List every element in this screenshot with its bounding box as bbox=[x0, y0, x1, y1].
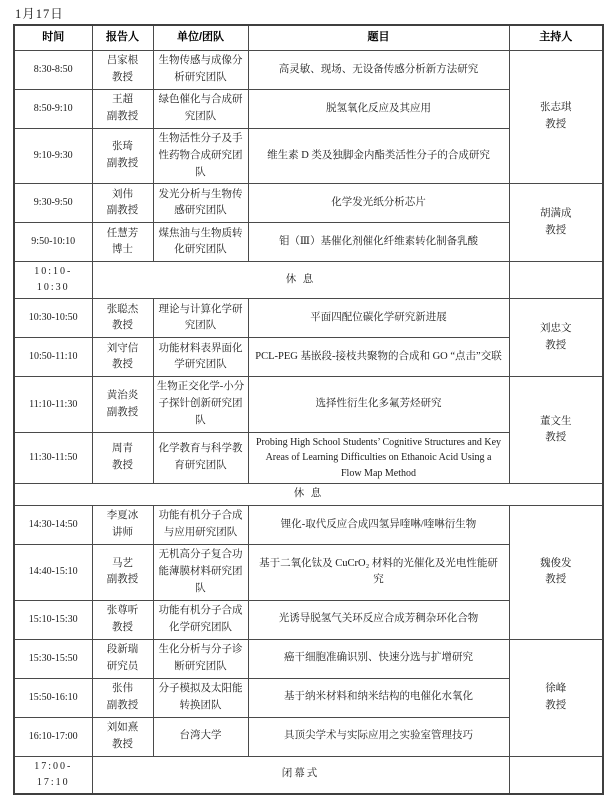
date-label: 1月17日 bbox=[15, 4, 64, 22]
header-cell: 题目 bbox=[248, 25, 509, 51]
break-cell: 休 息 bbox=[92, 262, 509, 299]
header-row: 时间报告人单位/团队题目主持人 bbox=[14, 25, 603, 51]
talk-title-cell: 基于纳米材料和纳米结构的电催化水氧化 bbox=[248, 678, 509, 717]
host-cell-empty bbox=[509, 262, 603, 299]
time-cell: 14:30-14:50 bbox=[14, 506, 92, 545]
time-cell: 8:50-9:10 bbox=[14, 90, 92, 129]
speaker-cell: 段新瑞研究员 bbox=[92, 639, 153, 678]
speaker-name: 王超 bbox=[96, 92, 150, 109]
break-row: 17:00-17:10闭幕式 bbox=[14, 756, 603, 794]
time-cell: 16:10-17:00 bbox=[14, 717, 92, 756]
unit-cell: 发光分析与生物传感研究团队 bbox=[153, 184, 248, 223]
unit-cell: 分子模拟及太阳能转换团队 bbox=[153, 678, 248, 717]
table-row: 9:30-9:50刘伟副教授发光分析与生物传感研究团队化学发光纸分析芯片胡满成教… bbox=[14, 184, 603, 223]
speaker-cell: 黄治炎副教授 bbox=[92, 377, 153, 432]
time-cell: 11:10-11:30 bbox=[14, 377, 92, 432]
schedule-table: 时间报告人单位/团队题目主持人 8:30-8:50吕家根教授生物传感与成像分析研… bbox=[13, 24, 604, 795]
speaker-rank: 副教授 bbox=[96, 109, 150, 126]
time-cell: 9:50-10:10 bbox=[14, 223, 92, 262]
speaker-rank: 副教授 bbox=[96, 698, 150, 715]
host-name: 徐峰 bbox=[513, 681, 600, 698]
talk-title-cell: 锂化-取代反应合成四氢异喹啉/喹啉衍生物 bbox=[248, 506, 509, 545]
unit-cell: 台湾大学 bbox=[153, 717, 248, 756]
unit-cell: 功能有机分子合成化学研究团队 bbox=[153, 600, 248, 639]
time-cell: 10:50-11:10 bbox=[14, 338, 92, 377]
speaker-cell: 刘伟副教授 bbox=[92, 184, 153, 223]
time-cell: 17:00-17:10 bbox=[14, 756, 92, 794]
speaker-rank: 教授 bbox=[96, 70, 150, 87]
speaker-name: 周青 bbox=[96, 441, 150, 458]
speaker-name: 刘守信 bbox=[96, 341, 150, 358]
break-cell: 闭幕式 bbox=[92, 756, 509, 794]
talk-title-cell: 脱氢氧化反应及其应用 bbox=[248, 90, 509, 129]
talk-title-cell: 具顶尖学术与实际应用之实验室管理技巧 bbox=[248, 717, 509, 756]
speaker-cell: 刘守信教授 bbox=[92, 338, 153, 377]
table-header-row: 时间报告人单位/团队题目主持人 bbox=[14, 25, 603, 51]
host-rank: 教授 bbox=[513, 430, 600, 447]
time-cell: 11:30-11:50 bbox=[14, 432, 92, 484]
speaker-rank: 教授 bbox=[96, 357, 150, 374]
host-rank: 教授 bbox=[513, 223, 600, 240]
talk-title-cell: 光诱导脱氢气关环反应合成芳稠杂环化合物 bbox=[248, 600, 509, 639]
time-cell: 15:50-16:10 bbox=[14, 678, 92, 717]
table-row: 10:30-10:50张聪杰教授理论与计算化学研究团队平面四配位碳化学研究新进展… bbox=[14, 299, 603, 338]
talk-title-cell: 钼（Ⅲ）基催化剂催化纤维素转化制备乳酸 bbox=[248, 223, 509, 262]
time-cell: 15:30-15:50 bbox=[14, 639, 92, 678]
break-row: 休 息 bbox=[14, 484, 603, 506]
host-rank: 教授 bbox=[513, 698, 600, 715]
table-row: 14:30-14:50李夏冰讲师功能有机分子合成与应用研究团队锂化-取代反应合成… bbox=[14, 506, 603, 545]
speaker-cell: 张伟副教授 bbox=[92, 678, 153, 717]
speaker-rank: 教授 bbox=[96, 458, 150, 475]
unit-cell: 生物正交化学-小分子探针创新研究团队 bbox=[153, 377, 248, 432]
break-cell: 休 息 bbox=[14, 484, 603, 506]
speaker-rank: 副教授 bbox=[96, 203, 150, 220]
speaker-name: 马艺 bbox=[96, 556, 150, 573]
talk-title-cell: 平面四配位碳化学研究新进展 bbox=[248, 299, 509, 338]
unit-cell: 生化分析与分子诊断研究团队 bbox=[153, 639, 248, 678]
speaker-cell: 任慧芳博士 bbox=[92, 223, 153, 262]
host-name: 董文生 bbox=[513, 414, 600, 431]
speaker-name: 刘伟 bbox=[96, 187, 150, 204]
talk-title-cell: 癌干细胞准确识别、快速分选与扩增研究 bbox=[248, 639, 509, 678]
talk-title-cell: 化学发光纸分析芯片 bbox=[248, 184, 509, 223]
header-cell: 报告人 bbox=[92, 25, 153, 51]
speaker-name: 张琦 bbox=[96, 139, 150, 156]
time-cell: 9:10-9:30 bbox=[14, 129, 92, 184]
speaker-name: 张聪杰 bbox=[96, 302, 150, 319]
speaker-cell: 李夏冰讲师 bbox=[92, 506, 153, 545]
speaker-rank: 副教授 bbox=[96, 572, 150, 589]
host-cell: 魏俊发教授 bbox=[509, 506, 603, 639]
talk-title-cell: PCL-PEG 基嵌段-接枝共聚物的合成和 GO “点击”交联 bbox=[248, 338, 509, 377]
unit-cell: 理论与计算化学研究团队 bbox=[153, 299, 248, 338]
host-name: 魏俊发 bbox=[513, 556, 600, 573]
table-row: 8:30-8:50吕家根教授生物传感与成像分析研究团队高灵敏、现场、无设备传感分… bbox=[14, 51, 603, 90]
host-rank: 教授 bbox=[513, 117, 600, 134]
speaker-name: 段新瑞 bbox=[96, 642, 150, 659]
host-rank: 教授 bbox=[513, 338, 600, 355]
speaker-cell: 刘如熹教授 bbox=[92, 717, 153, 756]
table-row: 15:30-15:50段新瑞研究员生化分析与分子诊断研究团队癌干细胞准确识别、快… bbox=[14, 639, 603, 678]
speaker-rank: 副教授 bbox=[96, 156, 150, 173]
unit-cell: 绿色催化与合成研究团队 bbox=[153, 90, 248, 129]
header-cell: 单位/团队 bbox=[153, 25, 248, 51]
time-cell: 8:30-8:50 bbox=[14, 51, 92, 90]
break-row: 10:10-10:30休 息 bbox=[14, 262, 603, 299]
host-cell: 张志琪教授 bbox=[509, 51, 603, 184]
speaker-name: 张伟 bbox=[96, 681, 150, 698]
speaker-name: 黄治炎 bbox=[96, 388, 150, 405]
talk-title-cell: 基于二氧化钛及 CuCrO₂ 材料的光催化及光电性能研究 bbox=[248, 545, 509, 600]
unit-cell: 功能材料表界面化学研究团队 bbox=[153, 338, 248, 377]
header-cell: 时间 bbox=[14, 25, 92, 51]
talk-title-cell: Probing High School Students’ Cognitive … bbox=[248, 432, 509, 484]
speaker-cell: 张琦副教授 bbox=[92, 129, 153, 184]
unit-cell: 煤焦油与生物质转化研究团队 bbox=[153, 223, 248, 262]
speaker-cell: 张聪杰教授 bbox=[92, 299, 153, 338]
unit-cell: 生物活性分子及手性药物合成研究团队 bbox=[153, 129, 248, 184]
header-cell: 主持人 bbox=[509, 25, 603, 51]
unit-cell: 无机高分子复合功能薄膜材料研究团队 bbox=[153, 545, 248, 600]
speaker-rank: 副教授 bbox=[96, 405, 150, 422]
host-cell-empty bbox=[509, 756, 603, 794]
speaker-rank: 博士 bbox=[96, 242, 150, 259]
speaker-name: 任慧芳 bbox=[96, 226, 150, 243]
speaker-rank: 教授 bbox=[96, 620, 150, 637]
talk-title-cell: 选择性衍生化多氟芳烃研究 bbox=[248, 377, 509, 432]
time-cell: 10:30-10:50 bbox=[14, 299, 92, 338]
host-cell: 董文生教授 bbox=[509, 377, 603, 484]
speaker-cell: 吕家根教授 bbox=[92, 51, 153, 90]
table-body: 8:30-8:50吕家根教授生物传感与成像分析研究团队高灵敏、现场、无设备传感分… bbox=[14, 51, 603, 794]
host-cell: 徐峰教授 bbox=[509, 639, 603, 756]
talk-title-cell: 维生素 D 类及独脚金内酯类活性分子的合成研究 bbox=[248, 129, 509, 184]
unit-cell: 生物传感与成像分析研究团队 bbox=[153, 51, 248, 90]
speaker-cell: 张尊听教授 bbox=[92, 600, 153, 639]
speaker-cell: 王超副教授 bbox=[92, 90, 153, 129]
unit-cell: 化学教育与科学教育研究团队 bbox=[153, 432, 248, 484]
speaker-name: 刘如熹 bbox=[96, 720, 150, 737]
host-name: 张志琪 bbox=[513, 100, 600, 117]
host-rank: 教授 bbox=[513, 572, 600, 589]
time-cell: 14:40-15:10 bbox=[14, 545, 92, 600]
talk-title-cell: 高灵敏、现场、无设备传感分析新方法研究 bbox=[248, 51, 509, 90]
speaker-name: 吕家根 bbox=[96, 53, 150, 70]
speaker-rank: 研究员 bbox=[96, 659, 150, 676]
host-cell: 刘忠文教授 bbox=[509, 299, 603, 377]
speaker-name: 张尊听 bbox=[96, 603, 150, 620]
speaker-name: 李夏冰 bbox=[96, 508, 150, 525]
table-row: 11:10-11:30黄治炎副教授生物正交化学-小分子探针创新研究团队选择性衍生… bbox=[14, 377, 603, 432]
speaker-rank: 讲师 bbox=[96, 525, 150, 542]
unit-cell: 功能有机分子合成与应用研究团队 bbox=[153, 506, 248, 545]
host-cell: 胡满成教授 bbox=[509, 184, 603, 262]
time-cell: 10:10-10:30 bbox=[14, 262, 92, 299]
time-cell: 9:30-9:50 bbox=[14, 184, 92, 223]
time-cell: 15:10-15:30 bbox=[14, 600, 92, 639]
speaker-rank: 教授 bbox=[96, 318, 150, 335]
host-name: 刘忠文 bbox=[513, 321, 600, 338]
speaker-cell: 周青教授 bbox=[92, 432, 153, 484]
host-name: 胡满成 bbox=[513, 206, 600, 223]
speaker-cell: 马艺副教授 bbox=[92, 545, 153, 600]
